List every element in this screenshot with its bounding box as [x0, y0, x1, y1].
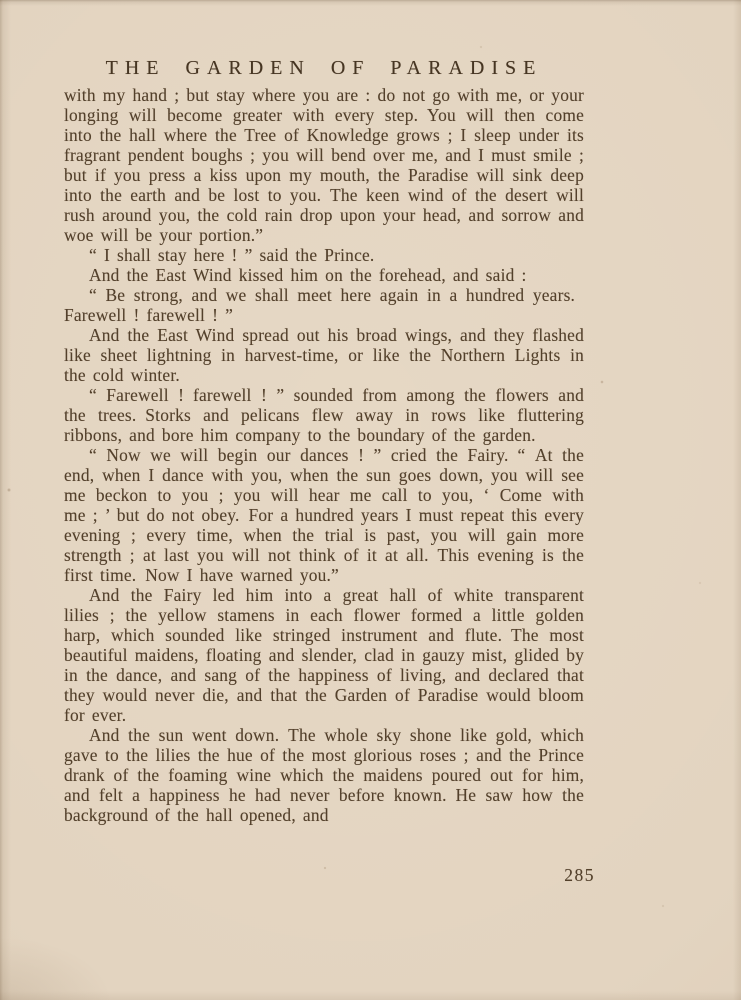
paragraph: And the Fairy led him into a great hall …: [64, 585, 584, 725]
paragraph: “ Be strong, and we shall meet here agai…: [64, 285, 584, 325]
paragraph: And the sun went down. The whole sky sho…: [64, 725, 584, 825]
paragraph: with my hand ; but stay where you are : …: [64, 85, 584, 245]
paragraph: “ Farewell ! farewell ! ” sounded from a…: [64, 385, 584, 445]
paragraph: “ I shall stay here ! ” said the Prince.: [64, 245, 584, 265]
page-number: 285: [64, 865, 595, 886]
book-page: THE GARDEN OF PARADISE with my hand ; bu…: [0, 0, 741, 1000]
paragraph: And the East Wind kissed him on the fore…: [64, 265, 584, 285]
body-text: with my hand ; but stay where you are : …: [64, 85, 584, 825]
page-title: THE GARDEN OF PARADISE: [64, 57, 584, 80]
paragraph: And the East Wind spread out his broad w…: [64, 325, 584, 385]
paragraph: “ Now we will begin our dances ! ” cried…: [64, 445, 584, 585]
